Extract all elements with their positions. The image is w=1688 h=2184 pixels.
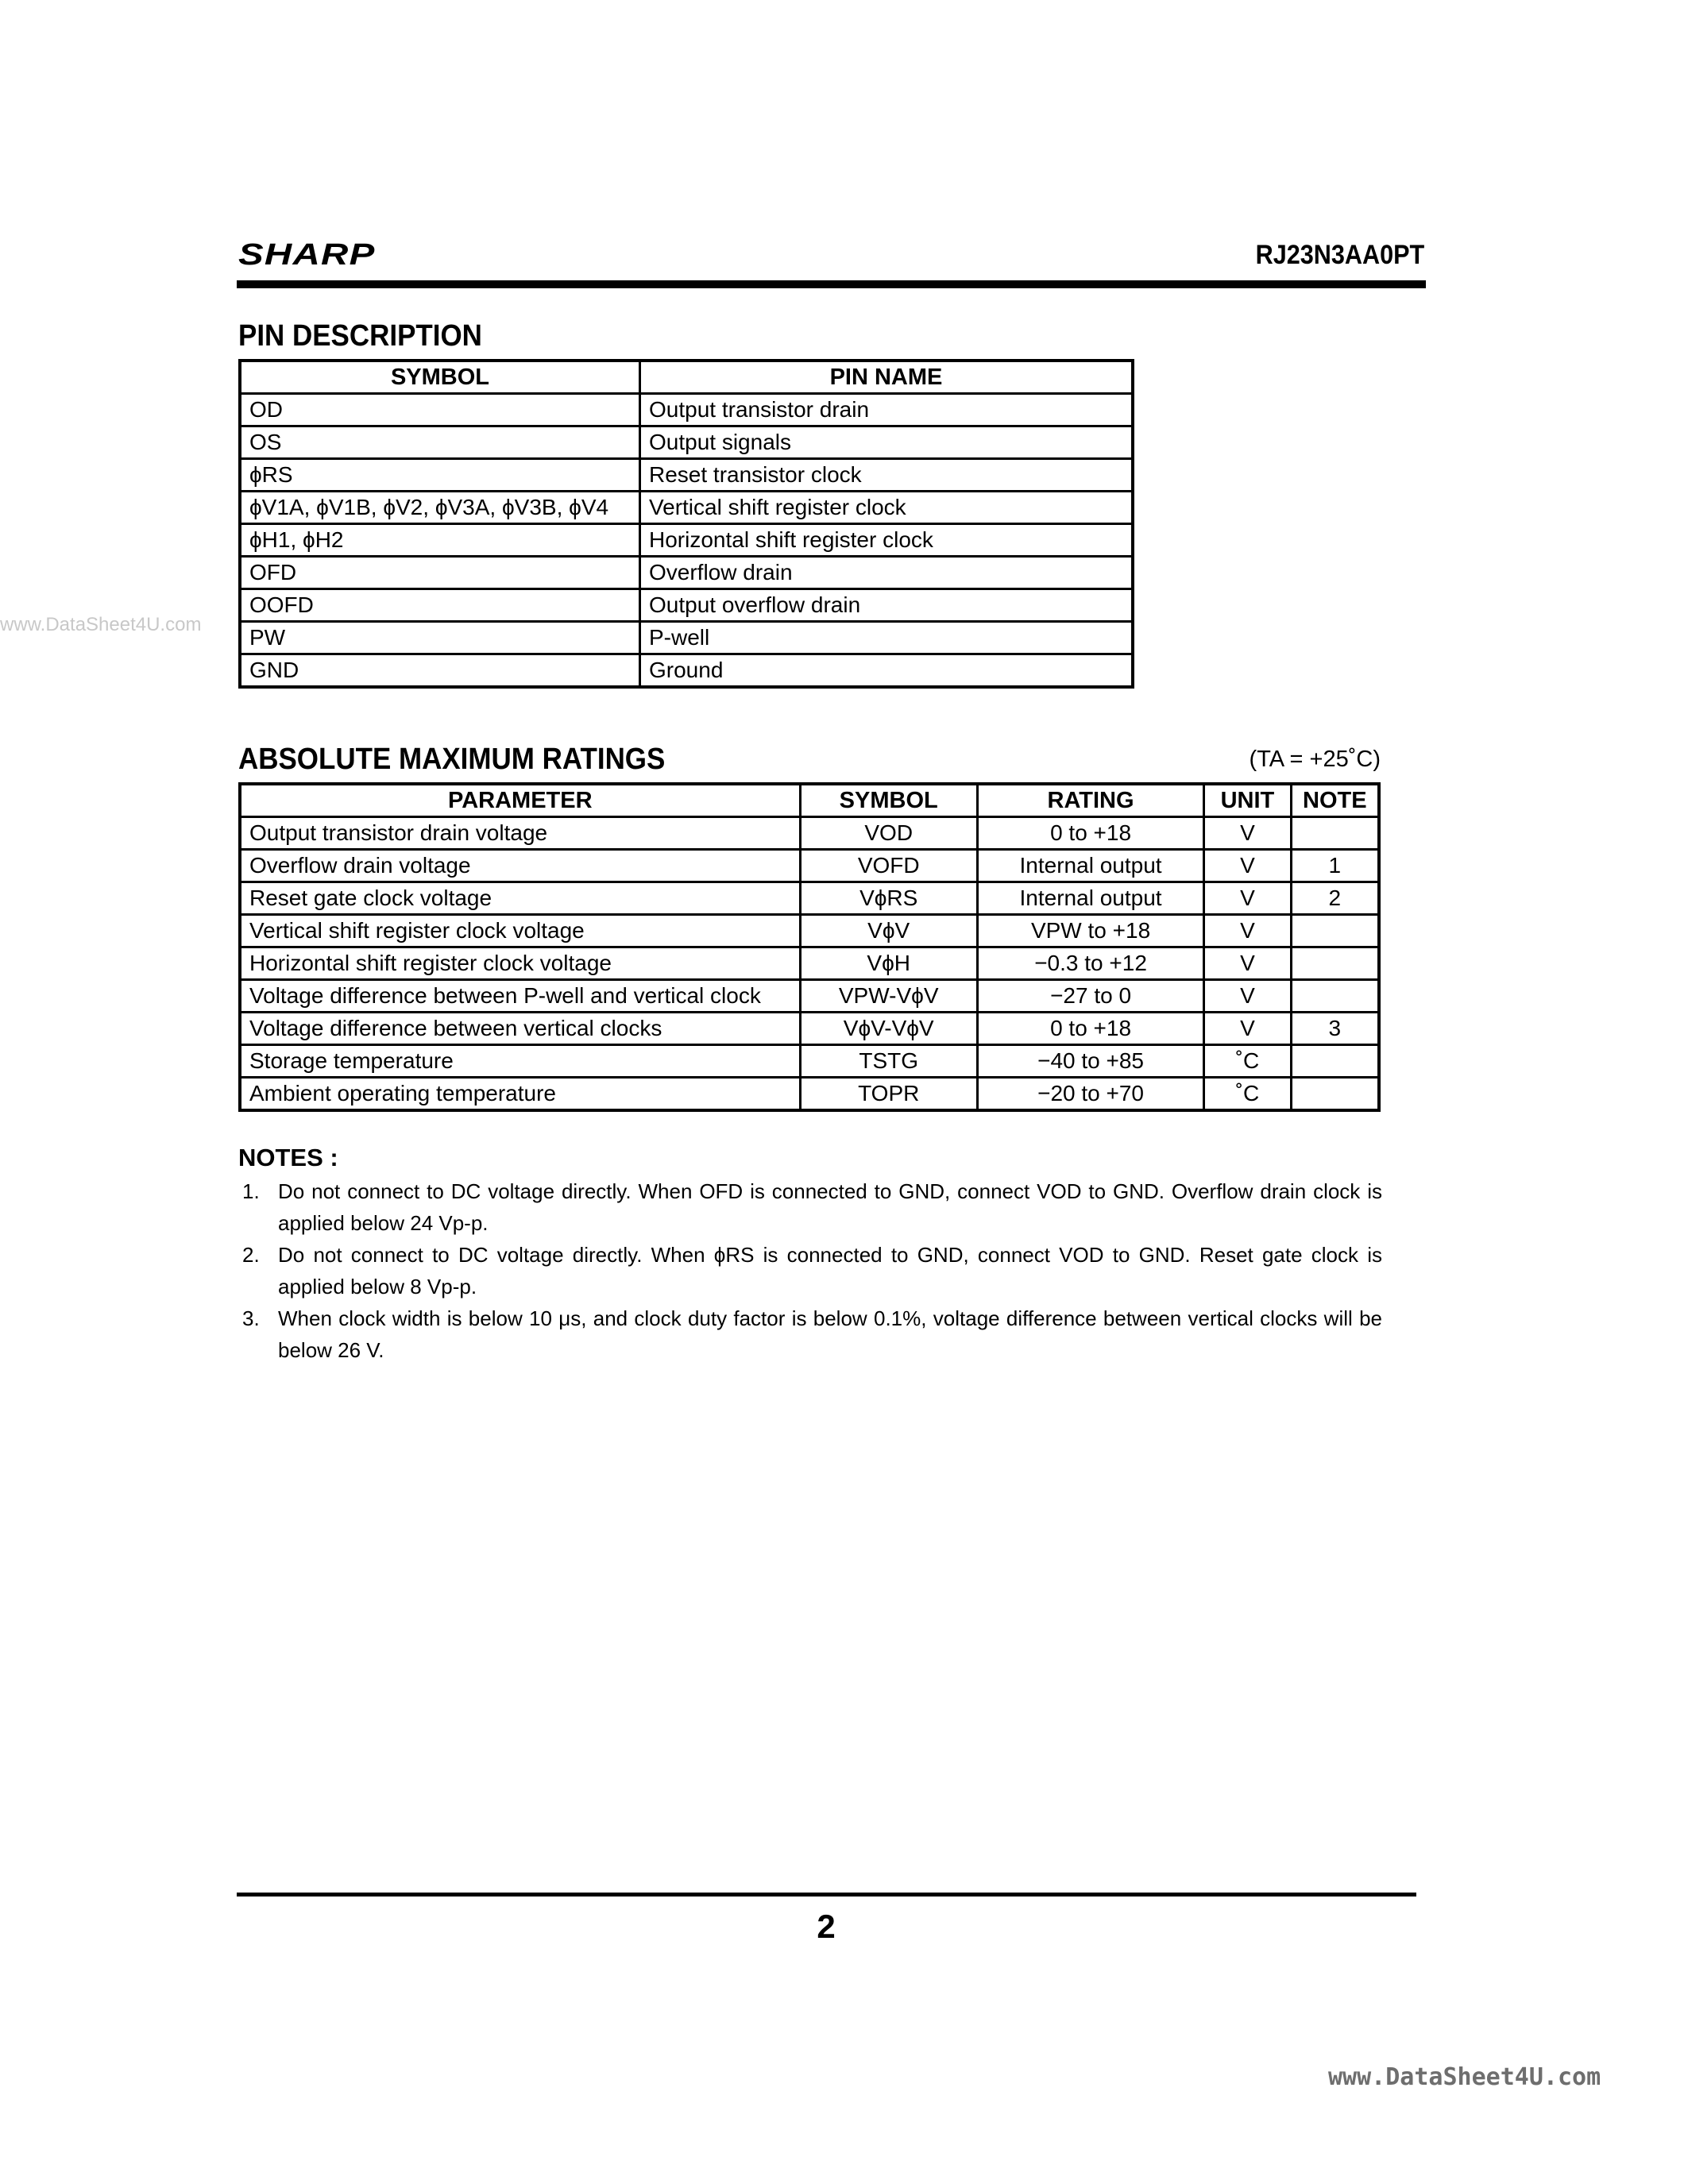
symbol-cell: VPW-VϕV — [800, 980, 977, 1013]
pin-name-cell: P-well — [640, 622, 1134, 654]
unit-cell: V — [1204, 882, 1291, 915]
notes-title: NOTES : — [238, 1144, 338, 1172]
pin-name-cell: Overflow drain — [640, 557, 1134, 589]
note-cell: 3 — [1291, 1013, 1379, 1045]
pin-name-cell: Reset transistor clock — [640, 459, 1134, 492]
note-number: 1. — [242, 1175, 278, 1239]
note-cell — [1291, 915, 1379, 947]
watermark-bottom: www.DataSheet4U.com — [1328, 2063, 1601, 2091]
note-cell — [1291, 980, 1379, 1013]
footer-rule — [237, 1893, 1416, 1897]
rating-cell: −20 to +70 — [977, 1078, 1203, 1111]
unit-cell: V — [1204, 947, 1291, 980]
note-cell: 1 — [1291, 850, 1379, 882]
column-header-symbol: SYMBOL — [800, 784, 977, 817]
note-cell — [1291, 947, 1379, 980]
pin-name-cell: Output transistor drain — [640, 394, 1134, 426]
table-row: Vertical shift register clock voltageVϕV… — [240, 915, 1379, 947]
note-item: 2.Do not connect to DC voltage directly.… — [242, 1239, 1382, 1302]
rating-cell: 0 to +18 — [977, 1013, 1203, 1045]
unit-cell: V — [1204, 1013, 1291, 1045]
pin-symbol-cell: PW — [240, 622, 640, 654]
page-number: 2 — [0, 1908, 1652, 1946]
symbol-cell: VϕH — [800, 947, 977, 980]
note-item: 3.When clock width is below 10 μs, and c… — [242, 1302, 1382, 1366]
note-text: Do not connect to DC voltage directly. W… — [278, 1239, 1382, 1302]
table-row: Storage temperatureTSTG−40 to +85˚C — [240, 1045, 1379, 1078]
table-row: ODOutput transistor drain — [240, 394, 1133, 426]
note-number: 3. — [242, 1302, 278, 1366]
table-row: PWP-well — [240, 622, 1133, 654]
table-row: Horizontal shift register clock voltageV… — [240, 947, 1379, 980]
pin-symbol-cell: OFD — [240, 557, 640, 589]
note-text: Do not connect to DC voltage directly. W… — [278, 1175, 1382, 1239]
symbol-cell: VϕV — [800, 915, 977, 947]
unit-cell: V — [1204, 817, 1291, 850]
table-row: GNDGround — [240, 654, 1133, 688]
parameter-cell: Vertical shift register clock voltage — [240, 915, 800, 947]
pin-symbol-cell: OD — [240, 394, 640, 426]
table-row: Overflow drain voltageVOFDInternal outpu… — [240, 850, 1379, 882]
pin-symbol-cell: ϕH1, ϕH2 — [240, 524, 640, 557]
parameter-cell: Horizontal shift register clock voltage — [240, 947, 800, 980]
parameter-cell: Ambient operating temperature — [240, 1078, 800, 1111]
parameter-cell: Reset gate clock voltage — [240, 882, 800, 915]
pin-name-cell: Output signals — [640, 426, 1134, 459]
column-header-parameter: PARAMETER — [240, 784, 800, 817]
table-row: Voltage difference between vertical cloc… — [240, 1013, 1379, 1045]
note-cell: 2 — [1291, 882, 1379, 915]
note-cell — [1291, 1078, 1379, 1111]
column-header-pin-name: PIN NAME — [640, 361, 1134, 394]
column-header-note: NOTE — [1291, 784, 1379, 817]
symbol-cell: TSTG — [800, 1045, 977, 1078]
unit-cell: V — [1204, 980, 1291, 1013]
rating-cell: 0 to +18 — [977, 817, 1203, 850]
absolute-maximum-ratings-table: PARAMETER SYMBOL RATING UNIT NOTE Output… — [238, 782, 1381, 1112]
table-row: Output transistor drain voltageVOD0 to +… — [240, 817, 1379, 850]
table-row: OOFDOutput overflow drain — [240, 589, 1133, 622]
parameter-cell: Voltage difference between P-well and ve… — [240, 980, 800, 1013]
table-row: OFDOverflow drain — [240, 557, 1133, 589]
pin-symbol-cell: OS — [240, 426, 640, 459]
brand-logo: SHARP — [238, 238, 376, 272]
rating-cell: −0.3 to +12 — [977, 947, 1203, 980]
pin-symbol-cell: ϕRS — [240, 459, 640, 492]
note-item: 1.Do not connect to DC voltage directly.… — [242, 1175, 1382, 1239]
parameter-cell: Overflow drain voltage — [240, 850, 800, 882]
unit-cell: V — [1204, 850, 1291, 882]
column-header-rating: RATING — [977, 784, 1203, 817]
table-row: Ambient operating temperatureTOPR−20 to … — [240, 1078, 1379, 1111]
table-row: Reset gate clock voltageVϕRSInternal out… — [240, 882, 1379, 915]
rating-cell: −27 to 0 — [977, 980, 1203, 1013]
symbol-cell: VϕRS — [800, 882, 977, 915]
table-row: OSOutput signals — [240, 426, 1133, 459]
parameter-cell: Voltage difference between vertical cloc… — [240, 1013, 800, 1045]
symbol-cell: TOPR — [800, 1078, 977, 1111]
rating-cell: −40 to +85 — [977, 1045, 1203, 1078]
model-number: RJ23N3AA0PT — [1255, 240, 1424, 271]
table-row: ϕH1, ϕH2Horizontal shift register clock — [240, 524, 1133, 557]
table-header-row: SYMBOL PIN NAME — [240, 361, 1133, 394]
note-cell — [1291, 817, 1379, 850]
unit-cell: V — [1204, 915, 1291, 947]
note-text: When clock width is below 10 μs, and clo… — [278, 1302, 1382, 1366]
pin-description-title: PIN DESCRIPTION — [238, 319, 482, 353]
pin-name-cell: Vertical shift register clock — [640, 492, 1134, 524]
ratings-condition: (TA = +25˚C) — [1250, 747, 1381, 773]
table-header-row: PARAMETER SYMBOL RATING UNIT NOTE — [240, 784, 1379, 817]
unit-cell: ˚C — [1204, 1045, 1291, 1078]
symbol-cell: VϕV-VϕV — [800, 1013, 977, 1045]
pin-symbol-cell: ϕV1A, ϕV1B, ϕV2, ϕV3A, ϕV3B, ϕV4 — [240, 492, 640, 524]
header-rule — [237, 280, 1426, 288]
rating-cell: Internal output — [977, 882, 1203, 915]
pin-name-cell: Output overflow drain — [640, 589, 1134, 622]
column-header-symbol: SYMBOL — [240, 361, 640, 394]
pin-symbol-cell: OOFD — [240, 589, 640, 622]
symbol-cell: VOFD — [800, 850, 977, 882]
table-row: ϕV1A, ϕV1B, ϕV2, ϕV3A, ϕV3B, ϕV4Vertical… — [240, 492, 1133, 524]
watermark-left: www.DataSheet4U.com — [0, 614, 201, 636]
table-row: ϕRSReset transistor clock — [240, 459, 1133, 492]
notes-list: 1.Do not connect to DC voltage directly.… — [242, 1175, 1382, 1366]
symbol-cell: VOD — [800, 817, 977, 850]
parameter-cell: Storage temperature — [240, 1045, 800, 1078]
table-row: Voltage difference between P-well and ve… — [240, 980, 1379, 1013]
pin-symbol-cell: GND — [240, 654, 640, 688]
rating-cell: VPW to +18 — [977, 915, 1203, 947]
column-header-unit: UNIT — [1204, 784, 1291, 817]
pin-name-cell: Horizontal shift register clock — [640, 524, 1134, 557]
note-cell — [1291, 1045, 1379, 1078]
note-number: 2. — [242, 1239, 278, 1302]
ratings-title: ABSOLUTE MAXIMUM RATINGS — [238, 743, 665, 777]
rating-cell: Internal output — [977, 850, 1203, 882]
pin-description-table: SYMBOL PIN NAME ODOutput transistor drai… — [238, 359, 1134, 689]
pin-name-cell: Ground — [640, 654, 1134, 688]
parameter-cell: Output transistor drain voltage — [240, 817, 800, 850]
unit-cell: ˚C — [1204, 1078, 1291, 1111]
